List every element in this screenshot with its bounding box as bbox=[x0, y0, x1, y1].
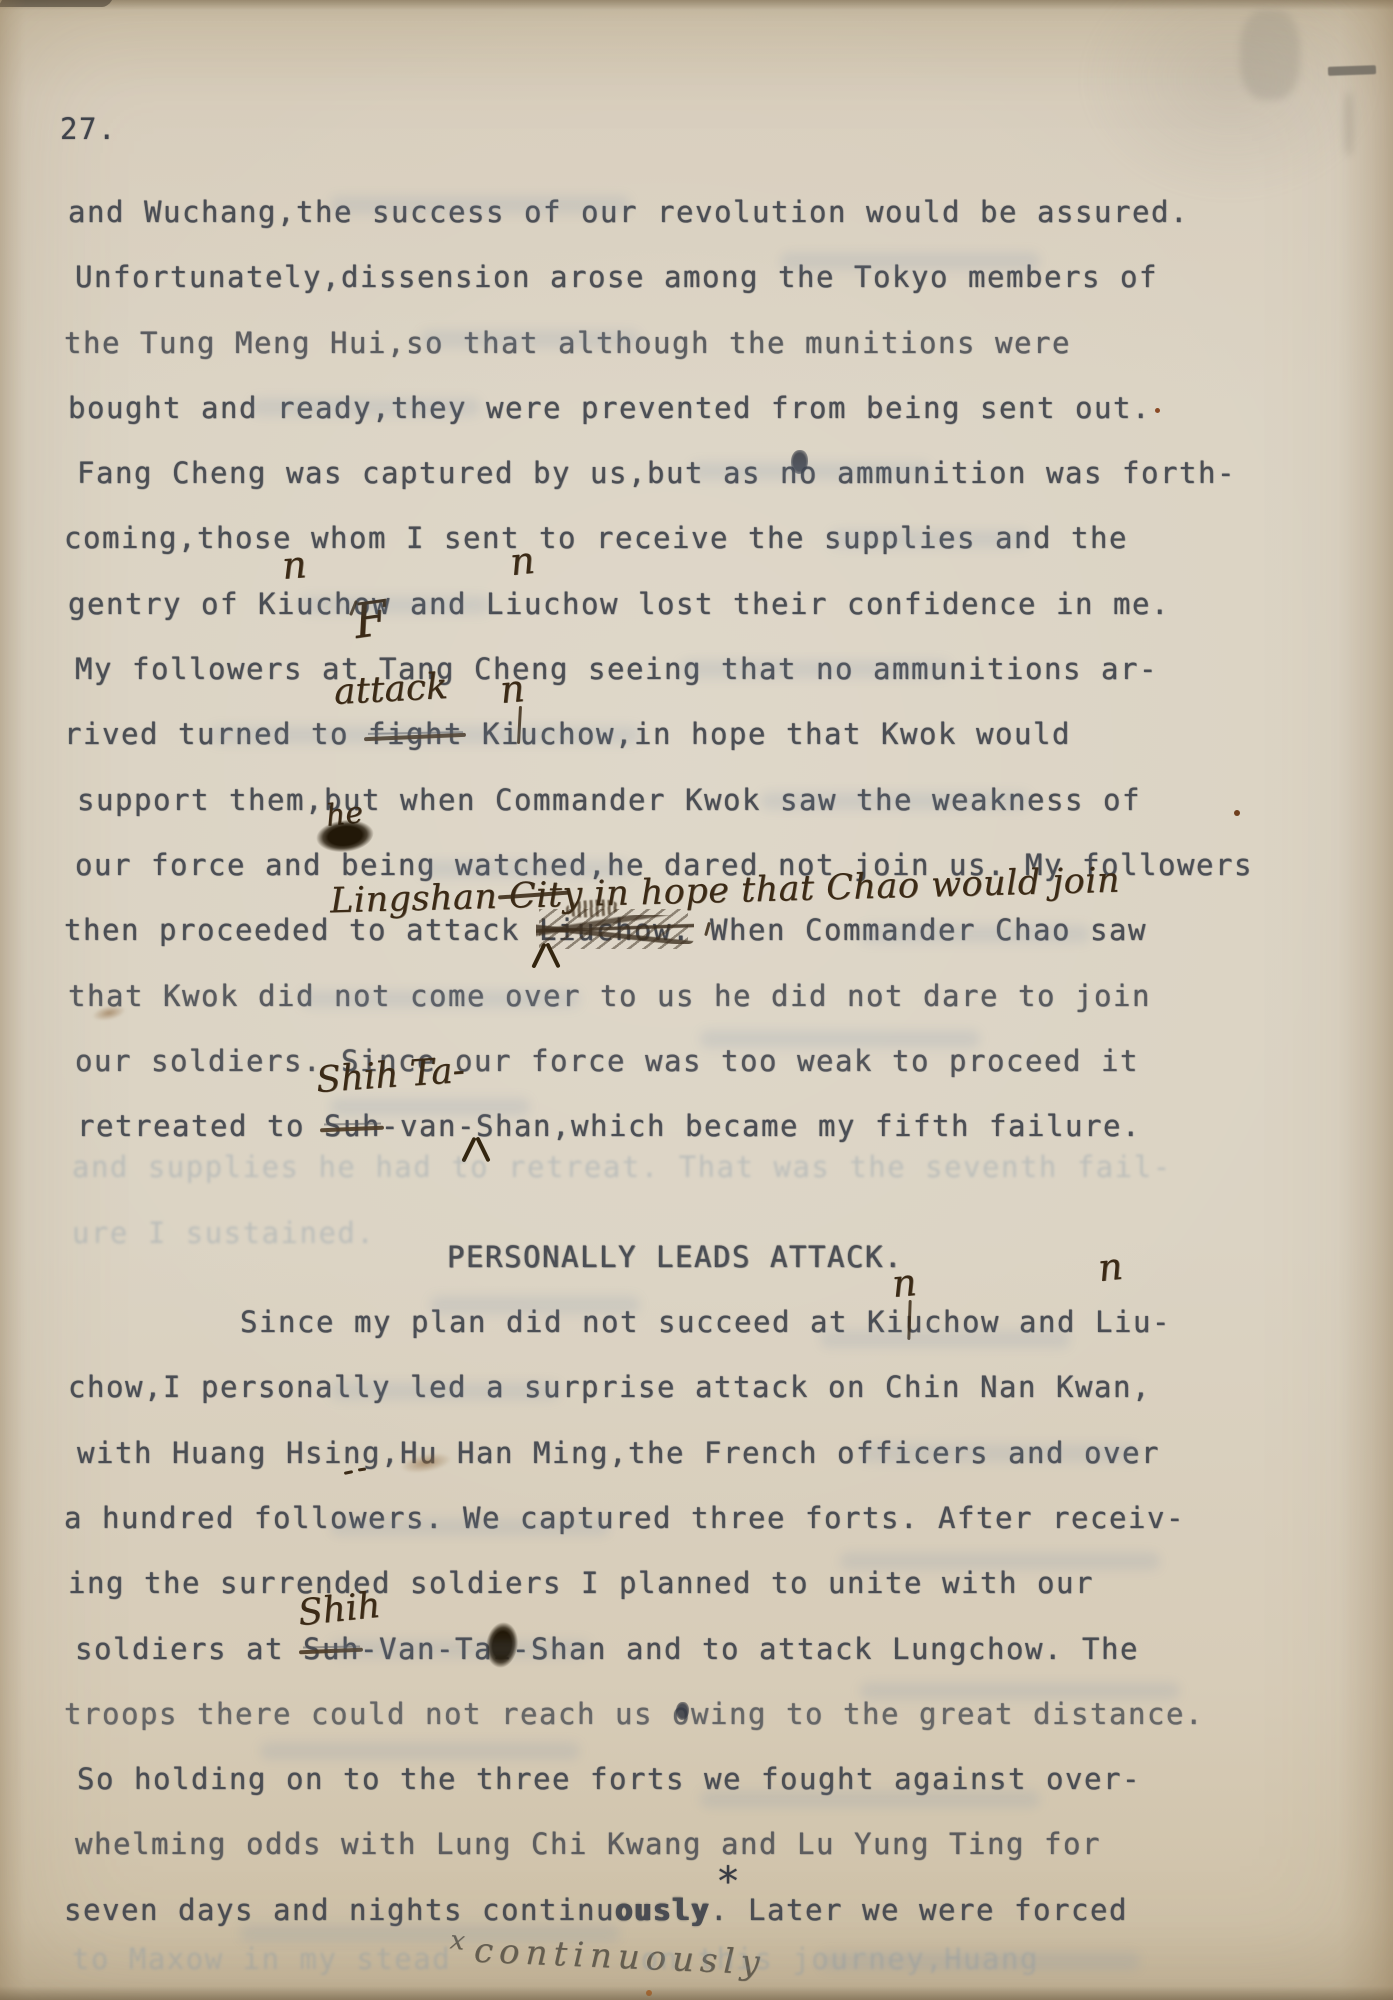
typed-line: a hundred followers. We captured three f… bbox=[64, 1486, 1242, 1551]
typed-line: that Kwok did not come over to us he did… bbox=[68, 964, 1246, 1029]
bleed-through-smudge bbox=[840, 1552, 1160, 1570]
bleed-through-text: ure I sustained. bbox=[72, 1216, 375, 1250]
paper-stain bbox=[1080, 0, 1380, 200]
bleed-through-smudge bbox=[820, 1330, 1070, 1348]
bleed-through-smudge bbox=[700, 1790, 1040, 1808]
bleed-through-smudge bbox=[430, 1296, 640, 1314]
bleed-through-smudge bbox=[330, 1382, 560, 1400]
hw-dashes-above-followers bbox=[344, 1468, 370, 1476]
pencil-dash-top-right bbox=[1328, 65, 1376, 76]
paper-speck-2 bbox=[1234, 810, 1240, 816]
bleed-through-smudge bbox=[760, 792, 1030, 810]
bleed-through-smudge bbox=[240, 1924, 620, 1942]
typed-asterisk-icon: * bbox=[716, 1862, 740, 1902]
paper-speck-1 bbox=[1155, 408, 1160, 413]
bleed-through-smudge bbox=[300, 990, 580, 1008]
typed-line: the Tung Meng Hui,so that although the m… bbox=[64, 311, 1242, 376]
bleed-through-smudge bbox=[680, 660, 950, 678]
hw-shih-2: Shih bbox=[296, 1588, 382, 1632]
bleed-through-smudge bbox=[420, 860, 630, 878]
bleed-through-smudge bbox=[860, 1682, 1180, 1700]
typed-line: and Wuchang,the success of our revolutio… bbox=[68, 180, 1246, 245]
bleed-through-smudge bbox=[330, 1640, 590, 1658]
paper-speck-3 bbox=[646, 1990, 652, 1996]
hw-caret-liuchow bbox=[532, 942, 560, 968]
bleed-through-smudge bbox=[250, 398, 480, 416]
bleed-through-smudge bbox=[700, 1030, 980, 1048]
bleed-through-smudge bbox=[830, 530, 1030, 548]
typed-line: support them,but when Commander Kwok saw… bbox=[77, 768, 1255, 833]
bleed-through-smudge bbox=[210, 726, 640, 744]
bleed-through-smudge bbox=[860, 1444, 1140, 1462]
paper-edge-left bbox=[0, 0, 26, 2000]
bleed-through-smudge bbox=[330, 1518, 610, 1536]
typed-line: soldiers at Suh-Van-Tai-Shan and to atta… bbox=[75, 1617, 1253, 1682]
typed-line: coming,those whom I sent to receive the … bbox=[64, 506, 1242, 571]
page: 27. and Wuchang,the success of our revol… bbox=[0, 0, 1393, 2000]
typed-line: Unfortunately,dissension arose among the… bbox=[75, 245, 1253, 310]
typed-line: My followers at Tang Cheng seeing that n… bbox=[75, 637, 1253, 702]
pencil-smudge-top-right bbox=[1344, 92, 1354, 156]
bleed-through-smudge bbox=[820, 1952, 1140, 1970]
bleed-through-smudge bbox=[300, 596, 490, 614]
paper-edge-right bbox=[1339, 0, 1393, 2000]
typed-line: So holding on to the three forts we foug… bbox=[77, 1747, 1255, 1812]
bleed-through-smudge bbox=[330, 196, 630, 214]
bleed-through-smudge bbox=[330, 1098, 530, 1116]
typed-line: whelming odds with Lung Chi Kwang and Lu… bbox=[75, 1812, 1253, 1877]
hw-n-kiuchow-3-icon: n bbox=[890, 1263, 918, 1303]
hw-n-kiuchow-1-icon: n bbox=[281, 545, 308, 585]
typed-line: our soldiers. Since our force was too we… bbox=[75, 1029, 1253, 1094]
hw-shih-ta: Shih Ta- bbox=[315, 1053, 466, 1099]
pencil-smudge-top-right-2 bbox=[1240, 10, 1300, 100]
bleed-through-text: and supplies he had to retreat. That was… bbox=[72, 1150, 1172, 1184]
bleed-through-smudge bbox=[860, 925, 1090, 943]
hw-n-kiuchow-2-icon: n bbox=[498, 669, 526, 709]
bleed-through-smudge bbox=[420, 330, 640, 348]
typed-line: chow,I personally led a surprise attack … bbox=[68, 1355, 1246, 1420]
typed-line: gentry of Kiuchow and Liuchow lost their… bbox=[68, 572, 1246, 637]
typed-block: and Wuchang,the success of our revolutio… bbox=[64, 180, 1242, 1943]
hw-word-attack: attack bbox=[333, 669, 449, 711]
bleed-through-smudge bbox=[260, 1742, 580, 1760]
page-number: 27. bbox=[60, 112, 117, 146]
bleed-through-smudge bbox=[690, 462, 930, 480]
hw-n-liuchow-1-icon: n bbox=[508, 541, 536, 581]
typed-line: Fang Cheng was captured by us,but as no … bbox=[77, 441, 1255, 506]
typed-line: bought and ready,they were prevented fro… bbox=[68, 376, 1246, 441]
hw-n-liu-2-icon: n bbox=[1096, 1247, 1124, 1287]
bleed-through-smudge bbox=[780, 252, 1040, 270]
